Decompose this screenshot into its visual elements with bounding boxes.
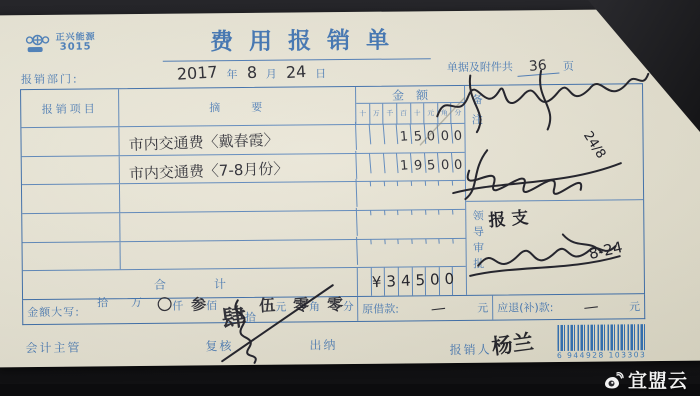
reimbursement-form-paper: 正兴能源 3015 费用报销单 报销部门: 2017 年 8 月 24 日 单据…	[0, 9, 700, 368]
company-logo: 正兴能源 3015	[24, 32, 95, 55]
table-side-column: 备注 领导审批	[465, 84, 644, 295]
header-item: 报销项目	[21, 89, 119, 127]
refund-unit: 元	[629, 298, 640, 314]
date-year-unit: 年	[227, 66, 238, 82]
expense-table-main: 报销项目 摘 要 金 额 十 万 千 百 十 元 角 分	[21, 86, 467, 299]
barcode-number: 6 944928 103303	[556, 350, 648, 360]
watermark-text: 宜盟云	[628, 366, 688, 393]
cashier-label: 出纳	[309, 336, 337, 353]
attachments-line: 单据及附件共 36 页	[447, 58, 574, 76]
total-amount-cell: ¥34500	[358, 267, 466, 296]
original-loan-value: —	[398, 295, 478, 322]
attachments-count: 36	[516, 57, 559, 77]
amount-unit: 十	[411, 103, 425, 124]
date-month: 8	[246, 63, 257, 83]
amount-unit: 元	[424, 103, 438, 124]
amount-unit: 百	[397, 103, 411, 124]
expense-row-empty	[23, 239, 466, 272]
expense-row-empty	[22, 181, 465, 214]
expense-row: 市内交通费〈7-8月份〉 19500	[22, 153, 465, 186]
amount-unit: 万	[370, 104, 384, 125]
watermark: 宜盟云	[604, 366, 688, 393]
refund-label: 应退(补)款:	[497, 299, 553, 316]
refund-cell: 应退(补)款: — 元	[493, 294, 644, 319]
form-date: 2017 年 8 月 24 日	[177, 62, 326, 82]
amount-title: 金 额	[356, 86, 464, 104]
header-summary: 摘 要	[119, 87, 356, 126]
amount-unit: 千	[383, 104, 397, 125]
refund-value: —	[553, 293, 630, 320]
expense-row: 市内交通费〈戴春霞〉 15000	[21, 124, 464, 157]
amount-words-pairs: 拾 万 〇仟 参佰 肆拾 伍元 零角 零分	[86, 291, 358, 329]
expense-row-empty	[22, 210, 465, 243]
date-day: 24	[285, 62, 306, 82]
supervisor-label: 会计主管	[25, 339, 81, 357]
barcode	[557, 324, 645, 351]
leader-approval-label: 领导审批	[469, 210, 486, 274]
original-loan-label: 原借款:	[362, 301, 399, 317]
date-day-unit: 日	[315, 65, 326, 81]
attachments-label: 单据及附件共	[447, 58, 513, 75]
amount-unit: 角	[438, 103, 452, 124]
amount-unit: 分	[452, 103, 465, 124]
weibo-icon	[604, 371, 624, 389]
reviewer-label: 复核	[205, 337, 233, 354]
original-loan-cell: 原借款: — 元	[358, 296, 493, 321]
amount-unit-row: 十 万 千 百 十 元 角 分	[356, 103, 464, 125]
approval-note: 报支	[487, 203, 535, 232]
amount-in-words-cell: 金额大写: 拾 万 〇仟 参佰 肆拾 伍元 零角 零分	[23, 297, 358, 324]
amount-unit: 十	[356, 104, 370, 125]
desk-bottom-shadow	[0, 384, 700, 396]
date-month-unit: 月	[266, 66, 277, 82]
table-header-row: 报销项目 摘 要 金 额 十 万 千 百 十 元 角 分	[21, 86, 464, 128]
remark-label: 备注	[468, 94, 484, 134]
attachments-suffix: 页	[563, 58, 574, 74]
original-loan-unit: 元	[477, 300, 488, 316]
expense-table: 报销项目 摘 要 金 额 十 万 千 百 十 元 角 分	[20, 83, 645, 300]
claimant-label: 报销人	[449, 341, 491, 358]
company-logo-icon	[24, 33, 50, 55]
claimant-signature: 杨兰	[490, 326, 536, 361]
amount-words-label: 金额大写:	[27, 304, 80, 321]
remark-cell: 备注	[465, 84, 643, 202]
date-year: 2017	[176, 62, 218, 83]
amount-words-band: 金额大写: 拾 万 〇仟 参佰 肆拾 伍元 零角 零分 原借款: — 元 应退(…	[22, 294, 645, 325]
department-label: 报销部门:	[21, 71, 79, 88]
amount-digits: 15000	[356, 124, 464, 145]
amount-digits: 19500	[357, 153, 465, 174]
form-title: 费用报销单	[164, 21, 434, 57]
header-amount: 金 额 十 万 千 百 十 元 角 分	[356, 86, 464, 124]
company-code: 3015	[56, 42, 96, 52]
